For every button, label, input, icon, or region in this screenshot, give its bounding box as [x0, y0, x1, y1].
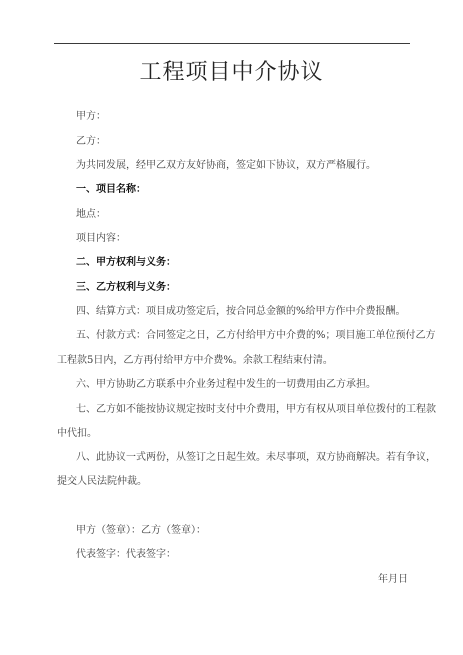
- paragraph-line: 为共同发展，经甲乙双方友好协商，签定如下协议，双方严格履行。: [76, 160, 376, 172]
- section-heading: 二、甲方权利与义务：: [76, 257, 176, 269]
- header-rule: [54, 43, 410, 44]
- paragraph-line: 中代扣。: [57, 428, 97, 440]
- paragraph-line: 八、此协议一式两份，从签订之日起生效。未尽事项，双方协商解决。若有争议，: [76, 452, 436, 464]
- date-label: 年月日: [378, 574, 408, 586]
- paragraph-line: 工程款5日内，乙方再付给甲方中介费%。余款工程结束付清。: [57, 355, 333, 367]
- paragraph-line: 提交人民法院仲裁。: [57, 476, 147, 488]
- section-heading: 三、乙方权利与义务：: [76, 282, 176, 294]
- document-title: 工程项目中介协议: [0, 55, 463, 86]
- paragraph-line: 项目内容：: [76, 233, 126, 245]
- paragraph-line: 五、付款方式：合同签定之日，乙方付给甲方中介费的%；项目施工单位预付乙方: [76, 330, 436, 342]
- paragraph-line: 甲方（签章）：乙方（签章）：: [76, 525, 206, 537]
- paragraph-line: 甲方：: [76, 111, 106, 123]
- paragraph-line: 代表签字：代表签字：: [76, 549, 176, 561]
- paragraph-line: 六、甲方协助乙方联系中介业务过程中发生的一切费用由乙方承担。: [76, 379, 376, 391]
- paragraph-line: 四、结算方式：项目成功签定后，按合同总金额的%给甲方作中介费报酬。: [76, 306, 406, 318]
- paragraph-line: 七、乙方如不能按协议规定按时支付中介费用，甲方有权从项目单位拨付的工程款: [76, 404, 436, 416]
- paragraph-line: 地点：: [76, 209, 106, 221]
- section-heading: 一、项目名称：: [76, 184, 146, 196]
- paragraph-line: 乙方：: [76, 136, 106, 148]
